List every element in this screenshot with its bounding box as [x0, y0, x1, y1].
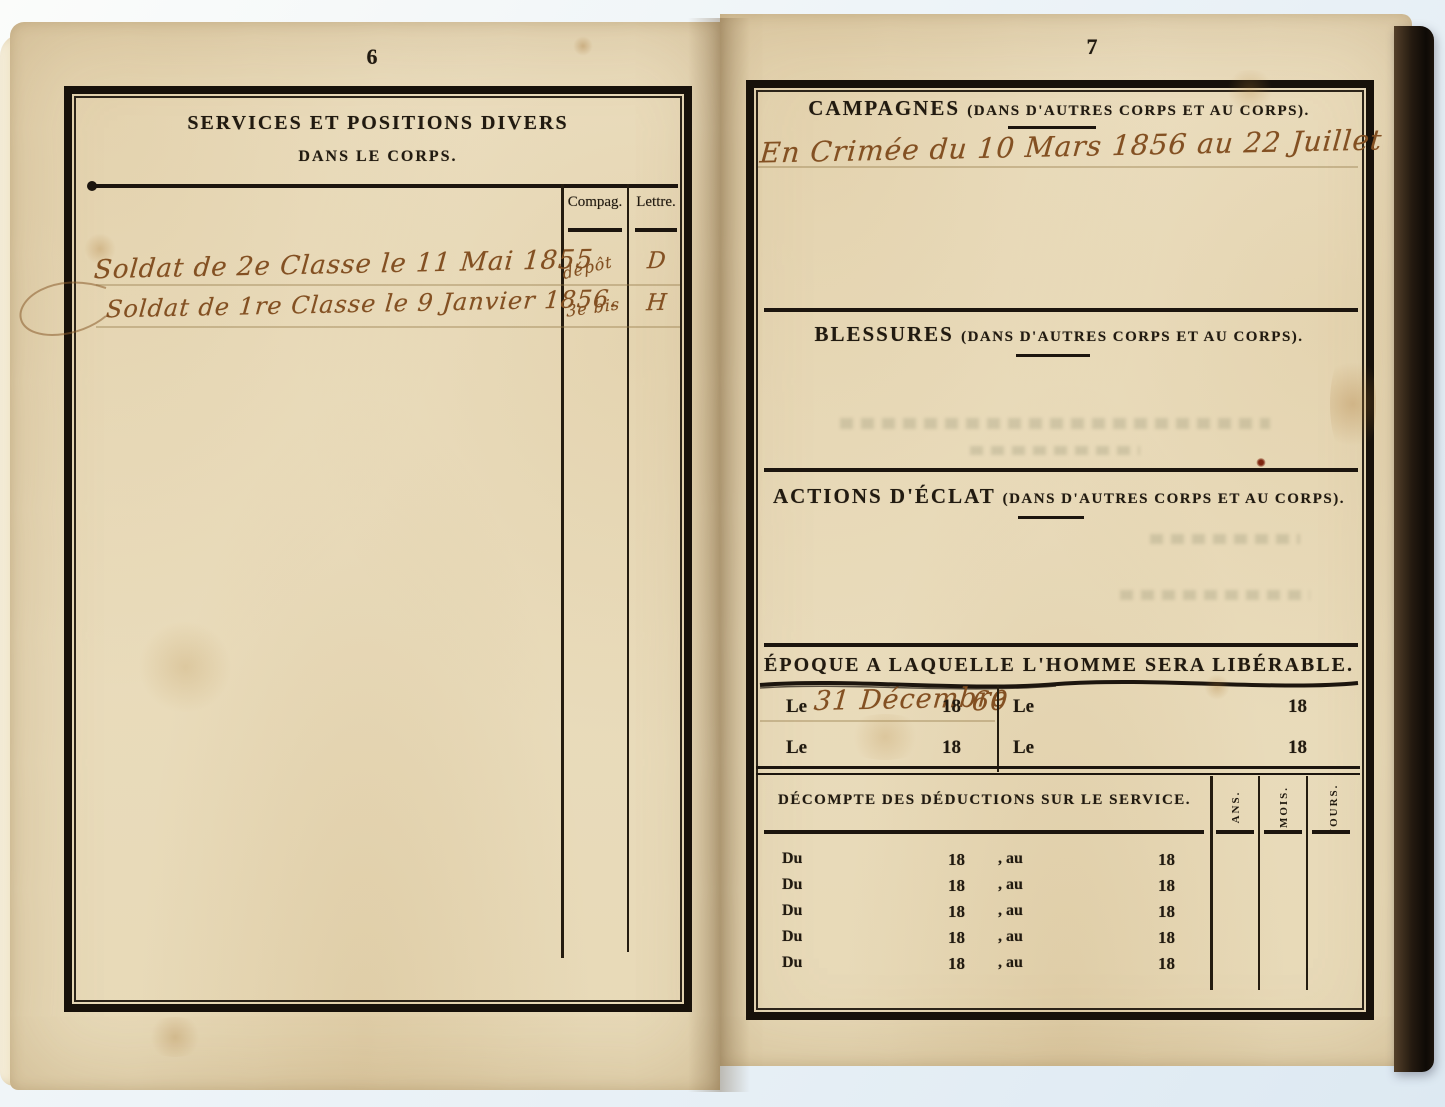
guide-line	[96, 326, 680, 328]
left-head-rule	[94, 184, 678, 188]
blessures-title-sub: (DANS D'AUTRES CORPS ET AU CORPS).	[961, 329, 1303, 345]
stain	[570, 36, 596, 56]
decompte-col-jours: JOURS.	[1325, 783, 1343, 835]
decompte-head-rule-mois	[1264, 830, 1302, 834]
right-page: 7 CAMPAGNES (DANS D'AUTRES CORPS ET AU C…	[720, 14, 1412, 1066]
epoque-center-divider	[997, 686, 999, 772]
decompte-title: DÉCOMPTE DES DÉDUCTIONS SUR LE SERVICE.	[778, 792, 1191, 809]
left-title: SERVICES ET POSITIONS DIVERS	[64, 112, 692, 135]
year-from: 18	[948, 850, 965, 870]
epoque-year-print: 18	[942, 696, 961, 718]
epoque-le-label: Le	[786, 737, 807, 759]
au-label: , au	[998, 902, 1023, 920]
service-entry-2-lettre: H	[635, 290, 679, 317]
year-to: 18	[1158, 928, 1175, 948]
au-label: , au	[998, 850, 1023, 868]
year-from: 18	[948, 876, 965, 896]
left-page-frame	[64, 86, 692, 1012]
epoque-hand-year: 60	[971, 686, 1010, 718]
epoque-le-label: Le	[1013, 696, 1034, 718]
left-page: 6 SERVICES ET POSITIONS DIVERS DANS LE C…	[10, 22, 720, 1090]
left-subtitle: DANS LE CORPS.	[64, 148, 692, 166]
du-label: Du	[782, 850, 802, 868]
au-label: , au	[998, 928, 1023, 946]
epoque-year-print: 18	[1288, 696, 1307, 718]
du-label: Du	[782, 902, 802, 920]
compag-header-underline	[568, 228, 622, 232]
campagnes-title: CAMPAGNES (DANS D'AUTRES CORPS ET AU COR…	[746, 96, 1372, 121]
lettre-header: Lettre.	[630, 194, 682, 211]
show-through-text	[970, 446, 1140, 455]
decompte-col-line	[1210, 776, 1213, 990]
au-label: , au	[998, 954, 1023, 972]
year-from: 18	[948, 902, 965, 922]
decompte-head-rule	[764, 830, 1204, 834]
lettre-header-underline	[635, 228, 677, 232]
book-gutter-shadow	[688, 18, 750, 1092]
decompte-head-rule-jours	[1312, 830, 1350, 834]
campagnes-title-sub: (DANS D'AUTRES CORPS ET AU CORPS).	[967, 103, 1309, 119]
epoque-year-print: 18	[942, 737, 961, 759]
compag-header: Compag.	[564, 194, 626, 211]
decompte-head-rule-ans	[1216, 830, 1254, 834]
actions-eclat-title-sub: (DANS D'AUTRES CORPS ET AU CORPS).	[1003, 491, 1345, 507]
epoque-title: ÉPOQUE A LAQUELLE L'HOMME SERA LIBÉRABLE…	[746, 654, 1372, 677]
epoque-year-print: 18	[1288, 737, 1307, 759]
guide-line	[760, 720, 995, 722]
decompte-col-ans: ANS.	[1227, 781, 1245, 833]
year-to: 18	[1158, 954, 1175, 974]
book-scan: 6 SERVICES ET POSITIONS DIVERS DANS LE C…	[0, 0, 1445, 1107]
year-from: 18	[948, 954, 965, 974]
show-through-text	[840, 418, 1270, 429]
book-fore-edge	[1394, 26, 1434, 1072]
campagnes-title-main: CAMPAGNES	[808, 96, 960, 120]
year-to: 18	[1158, 876, 1175, 896]
du-label: Du	[782, 928, 802, 946]
section-divider	[764, 308, 1358, 312]
lettre-column-line	[627, 184, 629, 952]
ink-flourish	[6, 274, 116, 354]
blessures-underline	[1016, 354, 1090, 357]
guide-line	[758, 166, 1358, 168]
blessures-title: BLESSURES (DANS D'AUTRES CORPS ET AU COR…	[746, 322, 1372, 347]
left-page-number: 6	[348, 44, 396, 70]
blessures-title-main: BLESSURES	[814, 322, 953, 346]
year-to: 18	[1158, 850, 1175, 870]
double-rule	[756, 766, 1360, 775]
actions-eclat-title: ACTIONS D'ÉCLAT (DANS D'AUTRES CORPS ET …	[746, 484, 1372, 509]
epoque-le-label: Le	[1013, 737, 1034, 759]
du-label: Du	[782, 954, 802, 972]
decompte-col-mois: MOIS.	[1275, 781, 1293, 833]
actions-eclat-underline	[1018, 516, 1084, 519]
right-page-frame	[746, 80, 1374, 1020]
section-divider	[764, 643, 1358, 647]
decompte-col-line	[1306, 776, 1308, 990]
year-from: 18	[948, 928, 965, 948]
service-entry-1-lettre: D	[635, 248, 679, 275]
campagnes-underline	[1008, 126, 1096, 129]
show-through-text	[1120, 590, 1310, 600]
au-label: , au	[998, 876, 1023, 894]
year-to: 18	[1158, 902, 1175, 922]
section-divider	[764, 468, 1358, 472]
right-page-number: 7	[1068, 34, 1116, 60]
show-through-text	[1150, 534, 1300, 544]
du-label: Du	[782, 876, 802, 894]
stain	[140, 1017, 210, 1057]
epoque-le-label: Le	[786, 696, 807, 718]
decompte-col-line	[1258, 776, 1260, 990]
actions-eclat-title-main: ACTIONS D'ÉCLAT	[773, 484, 995, 508]
